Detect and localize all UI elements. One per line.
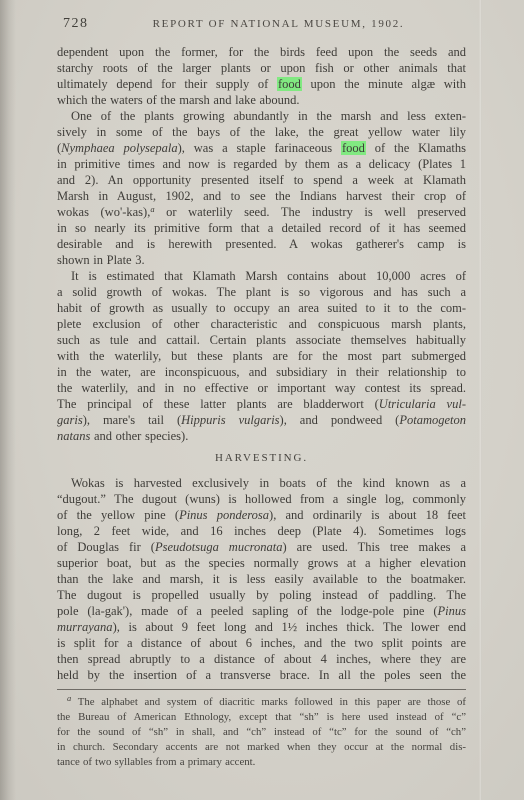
- body-blocks: dependent upon the former, for the birds…: [57, 44, 466, 683]
- text-line: is split for a distance of about 6 inche…: [57, 635, 466, 651]
- text-line: such as tule and cattail. Certain plants…: [57, 332, 466, 348]
- text-line: in church. Secondary accents are not mar…: [57, 740, 466, 755]
- search-highlight: food: [277, 77, 302, 91]
- running-header: 728 REPORT OF NATIONAL MUSEUM, 1902.: [57, 16, 466, 34]
- footnote: a The alphabet and system of diacritic m…: [57, 695, 466, 770]
- text-line: held by the insertion of a transverse br…: [57, 667, 466, 683]
- running-header-title: REPORT OF NATIONAL MUSEUM, 1902.: [57, 16, 466, 30]
- text-line: (Nymphaea polysepala), was a staple fari…: [57, 140, 466, 156]
- text-line: in primitive times and now is regarded b…: [57, 156, 466, 172]
- text-line: “dugout.” The dugout (wuns) is hollowed …: [57, 491, 466, 507]
- text-line: habit of growth as usually to occupy an …: [57, 300, 466, 316]
- text-line: shown in Plate 3.: [57, 252, 466, 268]
- text-line: garis), mare's tail (Hippuris vulgaris),…: [57, 412, 466, 428]
- text-line: Marsh in August, 1902, and to see the In…: [57, 188, 466, 204]
- text-line: tance of two syllables from a primary ac…: [57, 755, 466, 770]
- text-line: in the water, are inconspicuous, and sub…: [57, 364, 466, 380]
- text-line: long, 2 feet wide, and 16 inches deep (P…: [57, 523, 466, 539]
- text-line: the Bureau of American Ethnology, except…: [57, 710, 466, 725]
- paragraph: One of the plants growing abundantly in …: [57, 108, 466, 268]
- text-line: murrayana), is about 9 feet long and 1½ …: [57, 619, 466, 635]
- paragraph: It is estimated that Klamath Marsh conta…: [57, 268, 466, 444]
- footnote-rule: [57, 689, 466, 690]
- text-line: dependent upon the former, for the birds…: [57, 44, 466, 60]
- text-line: starchy roots of the larger plants or up…: [57, 60, 466, 76]
- page-number: 728: [63, 16, 89, 32]
- text-line: desirable and is herewith presented. A w…: [57, 236, 466, 252]
- text-line: the waterlily, and in no effective or im…: [57, 380, 466, 396]
- search-highlight: food: [341, 141, 366, 155]
- text-line: wokas (wo'-kas),a or waterlily seed. The…: [57, 204, 466, 220]
- text-line: plete exclusion of other characteristic …: [57, 316, 466, 332]
- text-line: One of the plants growing abundantly in …: [57, 108, 466, 124]
- text-line: superior boat, but as the species normal…: [57, 555, 466, 571]
- paragraph: Wokas is harvested exclusively in boats …: [57, 475, 466, 683]
- text-line: in so nearly its primitive form that a d…: [57, 220, 466, 236]
- scanned-book-page: 728 REPORT OF NATIONAL MUSEUM, 1902. dep…: [0, 0, 524, 800]
- text-line: The principal of these latter plants are…: [57, 396, 466, 412]
- text-line: then spread abruptly to a distance of ab…: [57, 651, 466, 667]
- text-line: natans and other species).: [57, 428, 466, 444]
- text-line: The dugout is propelled usually by polin…: [57, 587, 466, 603]
- paragraph: dependent upon the former, for the birds…: [57, 44, 466, 108]
- text-line: Wokas is harvested exclusively in boats …: [57, 475, 466, 491]
- text-line: than the lake and marsh, it is less easi…: [57, 571, 466, 587]
- text-line: of Douglas fir (Pseudotsuga mucronata) a…: [57, 539, 466, 555]
- text-line: which the waters of the marsh and lake a…: [57, 92, 466, 108]
- text-line: a solid growth of wokas. The plant is so…: [57, 284, 466, 300]
- text-line: It is estimated that Klamath Marsh conta…: [57, 268, 466, 284]
- text-line: a The alphabet and system of diacritic m…: [57, 695, 466, 710]
- text-line: for the sound of “sh” in shall, and “ch”…: [57, 725, 466, 740]
- text-line: of the yellow pine (Pinus ponderosa), an…: [57, 507, 466, 523]
- text-line: ultimately depend for their supply of fo…: [57, 76, 466, 92]
- text-line: pole (la-gak'), made of a peeled sapling…: [57, 603, 466, 619]
- body-text: dependent upon the former, for the birds…: [57, 44, 466, 770]
- text-line: sively in some of the bays of the lake, …: [57, 124, 466, 140]
- text-line: with the waterlily, but these plants are…: [57, 348, 466, 364]
- section-heading: HARVESTING.: [57, 450, 466, 466]
- text-line: and 2). An opportunity presented itself …: [57, 172, 466, 188]
